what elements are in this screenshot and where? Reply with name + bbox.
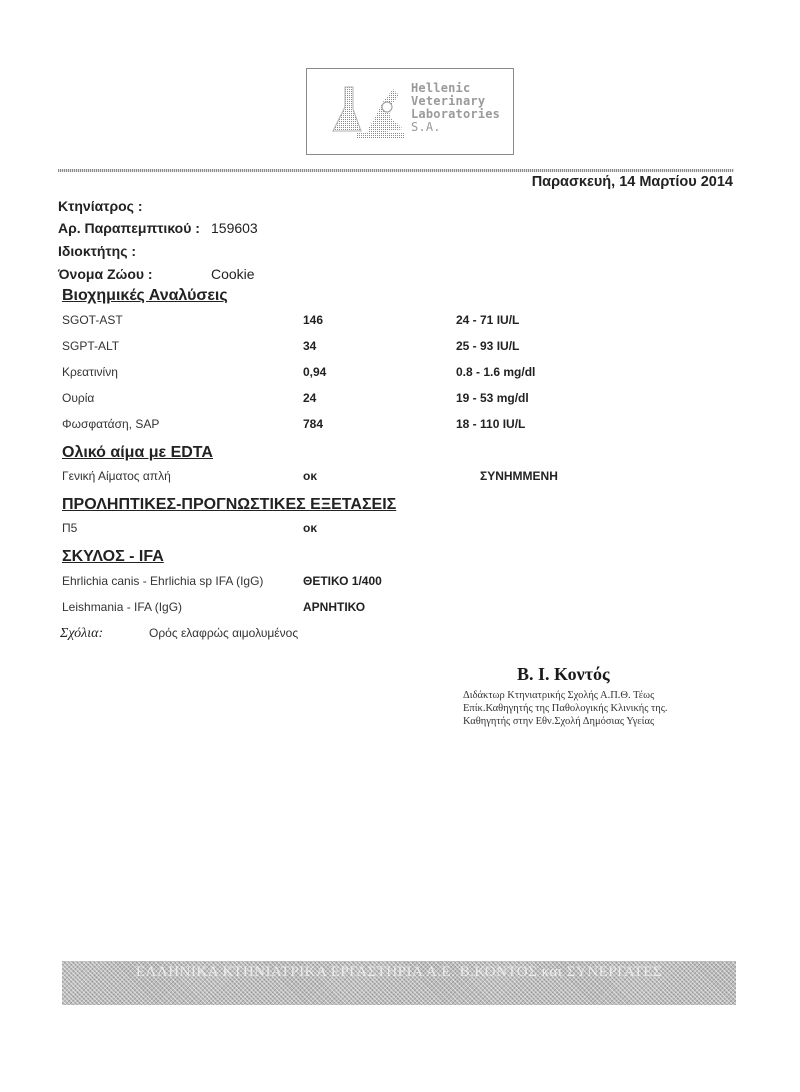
reference-range: 25 - 93 IU/L <box>456 339 519 353</box>
animal-label: Όνομα Ζώου : <box>58 266 153 282</box>
test-name: Γενική Αίματος απλή <box>62 469 171 483</box>
test-name: Ουρία <box>62 391 94 405</box>
vet-label: Κτηνίατρος : <box>58 198 143 214</box>
referral-label: Αρ. Παραπεμπτικού : <box>58 220 200 236</box>
test-name: SGOT-AST <box>62 313 123 327</box>
owner-label: Ιδιοκτήτης : <box>58 243 136 259</box>
test-result: 0,94 <box>303 365 326 379</box>
test-name: Ehrlichia canis - Ehrlichia sp IFA (IgG) <box>62 574 263 588</box>
attachment-note: ΣΥΝΗΜΜΕΝΗ <box>480 469 558 483</box>
referral-value: 159603 <box>211 220 258 236</box>
animal-value: Cookie <box>211 266 255 282</box>
signatory-title: Επίκ.Καθηγητής της Παθολογικής Κλινικής … <box>463 703 668 714</box>
signatory-title: Διδάκτωρ Κτηνιατρικής Σχολής Α.Π.Θ. Τέως <box>463 690 654 701</box>
footer-contact-line: ​ <box>62 984 736 995</box>
reference-range: 18 - 110 IU/L <box>456 417 525 431</box>
test-name: Κρεατινίνη <box>62 365 118 379</box>
reference-range: 19 - 53 mg/dl <box>456 391 529 405</box>
signatory-name: Β. Ι. Κοντός <box>517 664 610 685</box>
test-result: οκ <box>303 469 317 483</box>
test-result: ΘΕΤΙΚΟ 1/400 <box>303 574 382 588</box>
test-result: 784 <box>303 417 323 431</box>
test-result: 24 <box>303 391 316 405</box>
section-title-biochemistry: Βιοχημικές Αναλύσεις <box>62 287 228 305</box>
test-name: Φωσφατάση, SAP <box>62 417 159 431</box>
report-date: Παρασκευή, 14 Μαρτίου 2014 <box>532 174 733 190</box>
section-title-whole-blood: Ολικό αίμα με EDTA <box>62 444 213 462</box>
section-title-preventive: ΠΡΟΛΗΠΤΙΚΕΣ-ΠΡΟΓΝΩΣΤΙΚΕΣ ΕΞΕΤΑΣΕΙΣ <box>62 496 396 514</box>
test-result: οκ <box>303 521 317 535</box>
header-divider <box>58 169 734 172</box>
signatory-title: Καθηγητής στην Εθν.Σχολή Δημόσιας Υγείας <box>463 716 654 727</box>
logo-line: S.A. <box>411 121 500 134</box>
section-title-dog-ifa: ΣΚΥΛΟΣ - IFA <box>62 548 164 566</box>
test-result: 34 <box>303 339 316 353</box>
footer-banner: ΕΛΛΗΝΙΚΑ ΚΤΗΝΙΑΤΡΙΚΑ ΕΡΓΑΣΤΗΡΙΑ Α.Ε. Β.Κ… <box>62 961 736 1005</box>
test-name: SGPT-ALT <box>62 339 119 353</box>
company-logo: Hellenic Veterinary Laboratories S.A. <box>306 68 514 155</box>
test-result: ΑΡΝΗΤΙΚΟ <box>303 600 365 614</box>
test-name: Π5 <box>62 521 77 535</box>
footer-company-name: ΕΛΛΗΝΙΚΑ ΚΤΗΝΙΑΤΡΙΚΑ ΕΡΓΑΣΤΗΡΙΑ Α.Ε. Β.Κ… <box>62 964 736 981</box>
reference-range: 24 - 71 IU/L <box>456 313 519 327</box>
test-result: 146 <box>303 313 323 327</box>
comments-text: Ορός ελαφρώς αιμολυμένος <box>149 626 298 640</box>
reference-range: 0.8 - 1.6 mg/dl <box>456 365 535 379</box>
comments-label: Σχόλια: <box>60 626 103 642</box>
test-name: Leishmania - IFA (IgG) <box>62 600 182 614</box>
logo-text: Hellenic Veterinary Laboratories S.A. <box>411 82 500 134</box>
